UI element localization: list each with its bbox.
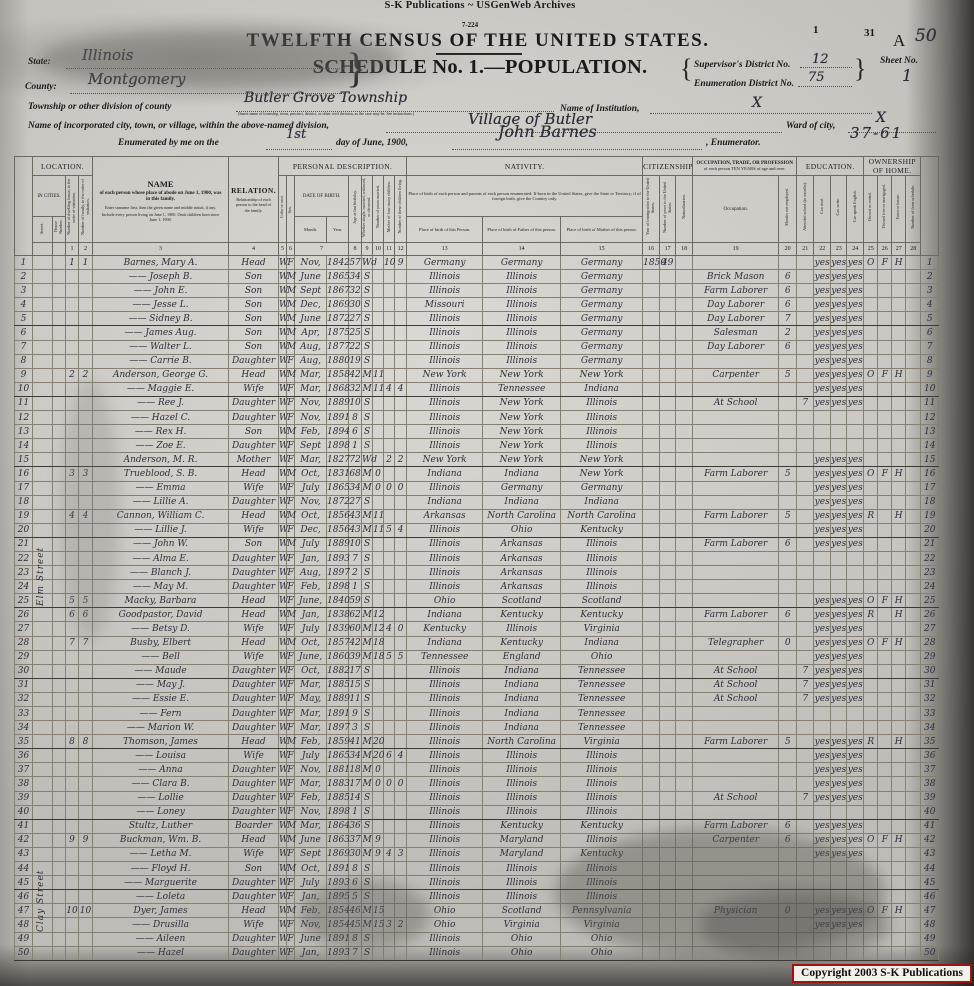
age-cell: 22 [349,340,362,354]
occupation-cell [693,495,779,509]
birth-month-cell: Oct, [295,636,327,650]
census-row: 1944Cannon, William C.HeadWMOct,185643M1… [15,509,939,523]
house-number-cell [53,946,66,960]
family-number-cell [79,819,93,833]
naturalization-cell [676,411,693,425]
line-number-right: 13 [921,425,939,439]
marital-cell: S [362,537,373,551]
owned-rented-cell [864,777,878,791]
school-cell [797,495,814,509]
months-unemployed-cell [779,805,797,819]
can-read-cell: yes [814,537,831,551]
birth-year-cell: 1883 [327,777,349,791]
immigration-cell [643,721,660,735]
naturalization-cell [676,622,693,636]
column-number: 17 [660,243,676,256]
mother-birthplace-cell: Tennessee [561,664,643,678]
children-living-cell [395,326,407,340]
sex-cell: M [287,340,295,354]
immigration-cell [643,284,660,298]
name-cell: —— Carrie B. [93,354,229,368]
years-married-cell [373,566,384,580]
age-cell: 11 [349,692,362,706]
farm-house-cell [892,354,906,368]
street-cell [33,453,53,467]
children-living-cell [395,425,407,439]
street-cell [33,692,53,706]
color-cell: W [279,481,287,495]
house-number-cell [53,721,66,735]
age-cell: 1 [349,439,362,453]
birth-month-cell: Oct, [295,664,327,678]
name-cell: Thomson, James [93,735,229,749]
can-read-cell [814,411,831,425]
farm-house-cell [892,692,906,706]
census-row: 2666Goodpastor, DavidHeadWMJan,183862M12… [15,608,939,622]
years-us-cell [660,284,676,298]
immigration-label: Year of immigration to the United States… [646,177,656,237]
birth-year-cell: 1864 [327,819,349,833]
color-cell: W [279,298,287,312]
free-mortgaged-cell [878,537,892,551]
years-us-cell [660,566,676,580]
street-cell [33,425,53,439]
birthplace-cell: New York [407,453,483,467]
can-write-cell: yes [831,650,847,664]
age-cell: 59 [349,594,362,608]
school-cell [797,580,814,594]
dwelling-number-cell [66,847,79,861]
line-number-left: 1 [15,256,33,270]
sex-cell: F [287,763,295,777]
can-read-cell: yes [814,608,831,622]
owned-rented-cell [864,270,878,284]
farm-house-cell: H [892,735,906,749]
farm-house-cell [892,340,906,354]
column-number: 26 [878,243,892,256]
months-unemployed-cell [779,523,797,537]
relation-title: RELATION. [229,186,278,195]
column-number: 4 [229,243,279,256]
birthplace-cell: Tennessee [407,650,483,664]
name-cell: Goodpastor, David [93,608,229,622]
years-married-cell [373,721,384,735]
birthplace-cell: Illinois [407,876,483,890]
birthplace-cell: Illinois [407,678,483,692]
occupation-cell [693,650,779,664]
years-us-cell [660,523,676,537]
line-number-right: 2 [921,270,939,284]
birthplace-cell: Illinois [407,551,483,565]
english-cell: yes [847,763,864,777]
mother-children-cell [384,763,395,777]
family-number-cell [79,777,93,791]
birth-year-cell: 1872 [327,495,349,509]
can-read-cell [814,805,831,819]
owned-rented-cell [864,819,878,833]
naturalization-cell [676,537,693,551]
immigration-cell [643,763,660,777]
house-number-cell [53,270,66,284]
column-number: 18 [676,243,693,256]
owned-rented-cell [864,847,878,861]
farm-house-cell: H [892,368,906,382]
sex-cell: F [287,382,295,396]
farm-house-cell [892,523,906,537]
father-birthplace-cell: Arkansas [483,537,561,551]
father-birthplace-cell: Illinois [483,326,561,340]
sex-cell: M [287,833,295,847]
birthplace-cell: Illinois [407,312,483,326]
immigration-cell [643,481,660,495]
name-cell: —— Lollie [93,791,229,805]
dwelling-number-cell [66,876,79,890]
owned-rented-cell [864,537,878,551]
citizenship-group-header: CITIZENSHIP. [643,157,693,176]
line-number-right: 5 [921,312,939,326]
line-number-right: 19 [921,509,939,523]
school-cell: 7 [797,692,814,706]
years-us-cell [660,411,676,425]
house-number-cell [53,594,66,608]
father-birthplace-cell: Germany [483,256,561,270]
free-mortgaged-cell [878,678,892,692]
street-cell [33,270,53,284]
years-married-cell [373,692,384,706]
mother-birthplace-cell: Ohio [561,946,643,960]
birth-month-cell: Nov, [295,256,327,270]
house-number-cell [53,735,66,749]
line-number-left: 6 [15,326,33,340]
years-married-cell [373,298,384,312]
can-write-cell: yes [831,396,847,410]
can-read-cell: yes [814,594,831,608]
father-birthplace-cell: New York [483,439,561,453]
color-cell: W [279,368,287,382]
family-number-cell [79,664,93,678]
birth-year-cell: 1840 [327,594,349,608]
sex-cell: F [287,594,295,608]
marital-cell: S [362,580,373,594]
dwelling-number-cell [66,664,79,678]
can-write-cell: yes [831,819,847,833]
school-cell [797,819,814,833]
line-number-left: 29 [15,650,33,664]
birthplace-cell: Illinois [407,425,483,439]
marital-cell: S [362,411,373,425]
dwelling-number-cell: 8 [66,735,79,749]
immigration-cell [643,580,660,594]
years-married-cell [373,791,384,805]
years-married-cell: 11 [373,509,384,523]
age-cell: 9 [349,707,362,721]
township-label: Township or other division of county [28,102,172,112]
name-cell: —— Bell [93,650,229,664]
personal-description-group-header: PERSONAL DESCRIPTION. [279,157,407,176]
mother-children-cell [384,411,395,425]
months-unemployed-cell [779,707,797,721]
mother-children-cell [384,354,395,368]
sex-cell: M [287,735,295,749]
district-code: 37-61 [850,124,903,142]
years-married-cell [373,354,384,368]
occupation-cell [693,481,779,495]
children-living-cell [395,862,407,876]
column-number: 25 [864,243,878,256]
line-number-right: 46 [921,890,939,904]
house-number-cell [53,763,66,777]
mother-children-cell: 5 [384,650,395,664]
birth-year-cell: 1894 [327,425,349,439]
district-brace-open: { [680,56,692,82]
children-living-cell [395,819,407,833]
years-us-cell [660,664,676,678]
owned-rented-cell [864,805,878,819]
can-write-cell: yes [831,735,847,749]
dwelling-number-cell [66,340,79,354]
immigration-cell [643,467,660,481]
birthplace-cell: Missouri [407,298,483,312]
occupation-cell [693,453,779,467]
copyright-stamp: Copyright 2003 S-K Publications [792,964,972,983]
mother-birthplace-cell: Illinois [561,551,643,565]
english-cell: yes [847,354,864,368]
months-unemployed-cell: 6 [779,284,797,298]
color-cell: W [279,312,287,326]
marital-cell: S [362,396,373,410]
owned-rented-cell [864,411,878,425]
line-number-left: 23 [15,566,33,580]
children-living-cell [395,270,407,284]
can-read-cell: yes [814,636,831,650]
mother-birthplace-cell: Ohio [561,650,643,664]
street-cell [33,678,53,692]
english-cell: yes [847,284,864,298]
can-write-cell: yes [831,312,847,326]
birth-month-cell: Mar, [295,678,327,692]
mother-children-cell [384,326,395,340]
birth-month-cell: June, [295,650,327,664]
months-unemployed-cell [779,495,797,509]
line-number-left: 21 [15,537,33,551]
can-read-cell: yes [814,692,831,706]
marital-cell: M [362,636,373,650]
sex-cell: F [287,439,295,453]
naturalization-cell [676,594,693,608]
name-cell: Macky, Barbara [93,594,229,608]
father-birthplace-cell: New York [483,368,561,382]
column-number: 20 [779,243,797,256]
free-mortgaged-cell [878,340,892,354]
father-birthplace-cell: Illinois [483,312,561,326]
mother-birthplace-cell: Tennessee [561,721,643,735]
color-cell: W [279,523,287,537]
children-living-cell: 2 [395,453,407,467]
color-cell: W [279,763,287,777]
age-cell: 3 [349,721,362,735]
father-birthplace-cell: New York [483,411,561,425]
english-cell: yes [847,735,864,749]
farm-schedule-cell [906,340,921,354]
age-cell: 18 [349,763,362,777]
father-birthplace-cell: Indiana [483,721,561,735]
color-cell: W [279,354,287,368]
farm-schedule-cell [906,819,921,833]
relation-cell: Daughter [229,763,279,777]
farm-house-cell: H [892,833,906,847]
line-number-left: 40 [15,805,33,819]
birthplace-cell: Illinois [407,791,483,805]
naturalization-cell [676,763,693,777]
father-birthplace-cell: New York [483,453,561,467]
column-number: 1 [66,243,79,256]
birth-year-cell: 1891 [327,411,349,425]
birth-month-cell: Aug, [295,566,327,580]
father-birthplace-cell: New York [483,396,561,410]
street-cell [33,326,53,340]
occupation-column-header: Occupation. [693,176,779,243]
occupation-cell [693,805,779,819]
line-number-left: 11 [15,396,33,410]
marital-cell: S [362,692,373,706]
age-cell: 43 [349,523,362,537]
marital-cell: M [362,509,373,523]
age-cell: 1 [349,805,362,819]
can-read-cell: yes [814,664,831,678]
birth-month-cell: June [295,270,327,284]
name-cell: —— Joseph B. [93,270,229,284]
can-write-cell [831,551,847,565]
census-row: 6—— James Aug.SonWMApr,187525SIllinoisIl… [15,326,939,340]
street-name-clay: Clay Street [36,836,50,932]
column-number: 9 [362,243,373,256]
children-living-cell: 4 [395,382,407,396]
location-group-header: LOCATION. [33,157,93,176]
immigration-cell [643,622,660,636]
birth-month-cell: Nov, [295,396,327,410]
family-number-cell [79,340,93,354]
relation-cell: Head [229,467,279,481]
age-cell: 27 [349,312,362,326]
free-mortgaged-cell: F [878,467,892,481]
line-number-left: 42 [15,833,33,847]
corner-mark-series: A [893,31,905,51]
name-cell: —— Essie E. [93,692,229,706]
years-married-cell: 11 [373,368,384,382]
children-living-cell [395,678,407,692]
father-birthplace-cell: Indiana [483,495,561,509]
months-unemployed-cell: 6 [779,340,797,354]
father-birthplace-cell: Illinois [483,890,561,904]
naturalization-cell [676,312,693,326]
years-married-cell [373,862,384,876]
sex-cell: M [287,608,295,622]
free-mortgaged-cell [878,453,892,467]
school-cell [797,467,814,481]
street-cell [33,298,53,312]
census-row: 30—— MaudeDaughterWFOct,188217SIllinoisI… [15,664,939,678]
farm-schedule-cell [906,453,921,467]
color-cell: W [279,904,287,918]
nativity-group-header: NATIVITY. [407,157,643,176]
family-number-cell [79,721,93,735]
relation-cell: Daughter [229,707,279,721]
enumerated-day: 1st [286,127,306,142]
enumeration-label: Enumeration District No. [694,79,794,89]
owned-rented-cell [864,439,878,453]
sex-cell: M [287,819,295,833]
color-cell: W [279,411,287,425]
years-married-cell [373,819,384,833]
owned-rented-cell: O [864,467,878,481]
dwelling-number-cell [66,862,79,876]
can-read-cell: yes [814,340,831,354]
family-number-cell [79,918,93,932]
owned-rented-cell: O [864,833,878,847]
sex-cell: M [287,467,295,481]
father-birthplace-cell: Kentucky [483,608,561,622]
house-number-cell [53,833,66,847]
owned-rented-cell: R [864,509,878,523]
line-number-right: 6 [921,326,939,340]
census-row: 3—— John E.SonWMSept186732SIllinoisIllin… [15,284,939,298]
naturalization-cell [676,382,693,396]
children-living-cell [395,735,407,749]
name-cell: —— Loleta [93,890,229,904]
birth-month-cell: Feb, [295,791,327,805]
years-us-cell [660,692,676,706]
owned-rented-cell [864,664,878,678]
relation-cell: Son [229,537,279,551]
census-row: 13—— Rex H.SonWMFeb,18946SIllinoisNew Yo… [15,425,939,439]
father-birthplace-cell: Illinois [483,622,561,636]
sex-cell: F [287,847,295,861]
line-number-right: 35 [921,735,939,749]
owned-rented-cell [864,425,878,439]
street-cell [33,946,53,960]
birthplace-cell: Illinois [407,411,483,425]
color-cell: W [279,946,287,960]
census-row: 3588Thomson, JamesHeadWMFeb,185941M20Ill… [15,735,939,749]
name-cell: Busby, Elbert [93,636,229,650]
owned-rented-cell: O [864,636,878,650]
owned-rented-cell [864,340,878,354]
years-us-cell [660,382,676,396]
naturalization-cell [676,678,693,692]
occupation-cell [693,721,779,735]
months-unemployed-cell [779,622,797,636]
years-us-cell [660,594,676,608]
mother-children-cell: 0 [384,481,395,495]
mother-birthplace-cell: Kentucky [561,608,643,622]
relation-cell: Son [229,425,279,439]
birthplace-cell: Illinois [407,946,483,960]
english-cell: yes [847,678,864,692]
children-living-cell [395,495,407,509]
family-number-cell [79,692,93,706]
mother-birthplace-cell: Illinois [561,396,643,410]
owned-rented-cell [864,312,878,326]
house-number-cell [53,904,66,918]
farm-schedule-cell [906,439,921,453]
line-number-left: 24 [15,580,33,594]
birthplace-cell: Indiana [407,636,483,650]
line-number-left: 15 [15,453,33,467]
occupation-cell: Day Laborer [693,298,779,312]
free-mortgaged-cell: F [878,368,892,382]
free-mortgaged-cell: F [878,594,892,608]
census-row: 2555Macky, BarbaraHeadWFJune,184059SOhio… [15,594,939,608]
